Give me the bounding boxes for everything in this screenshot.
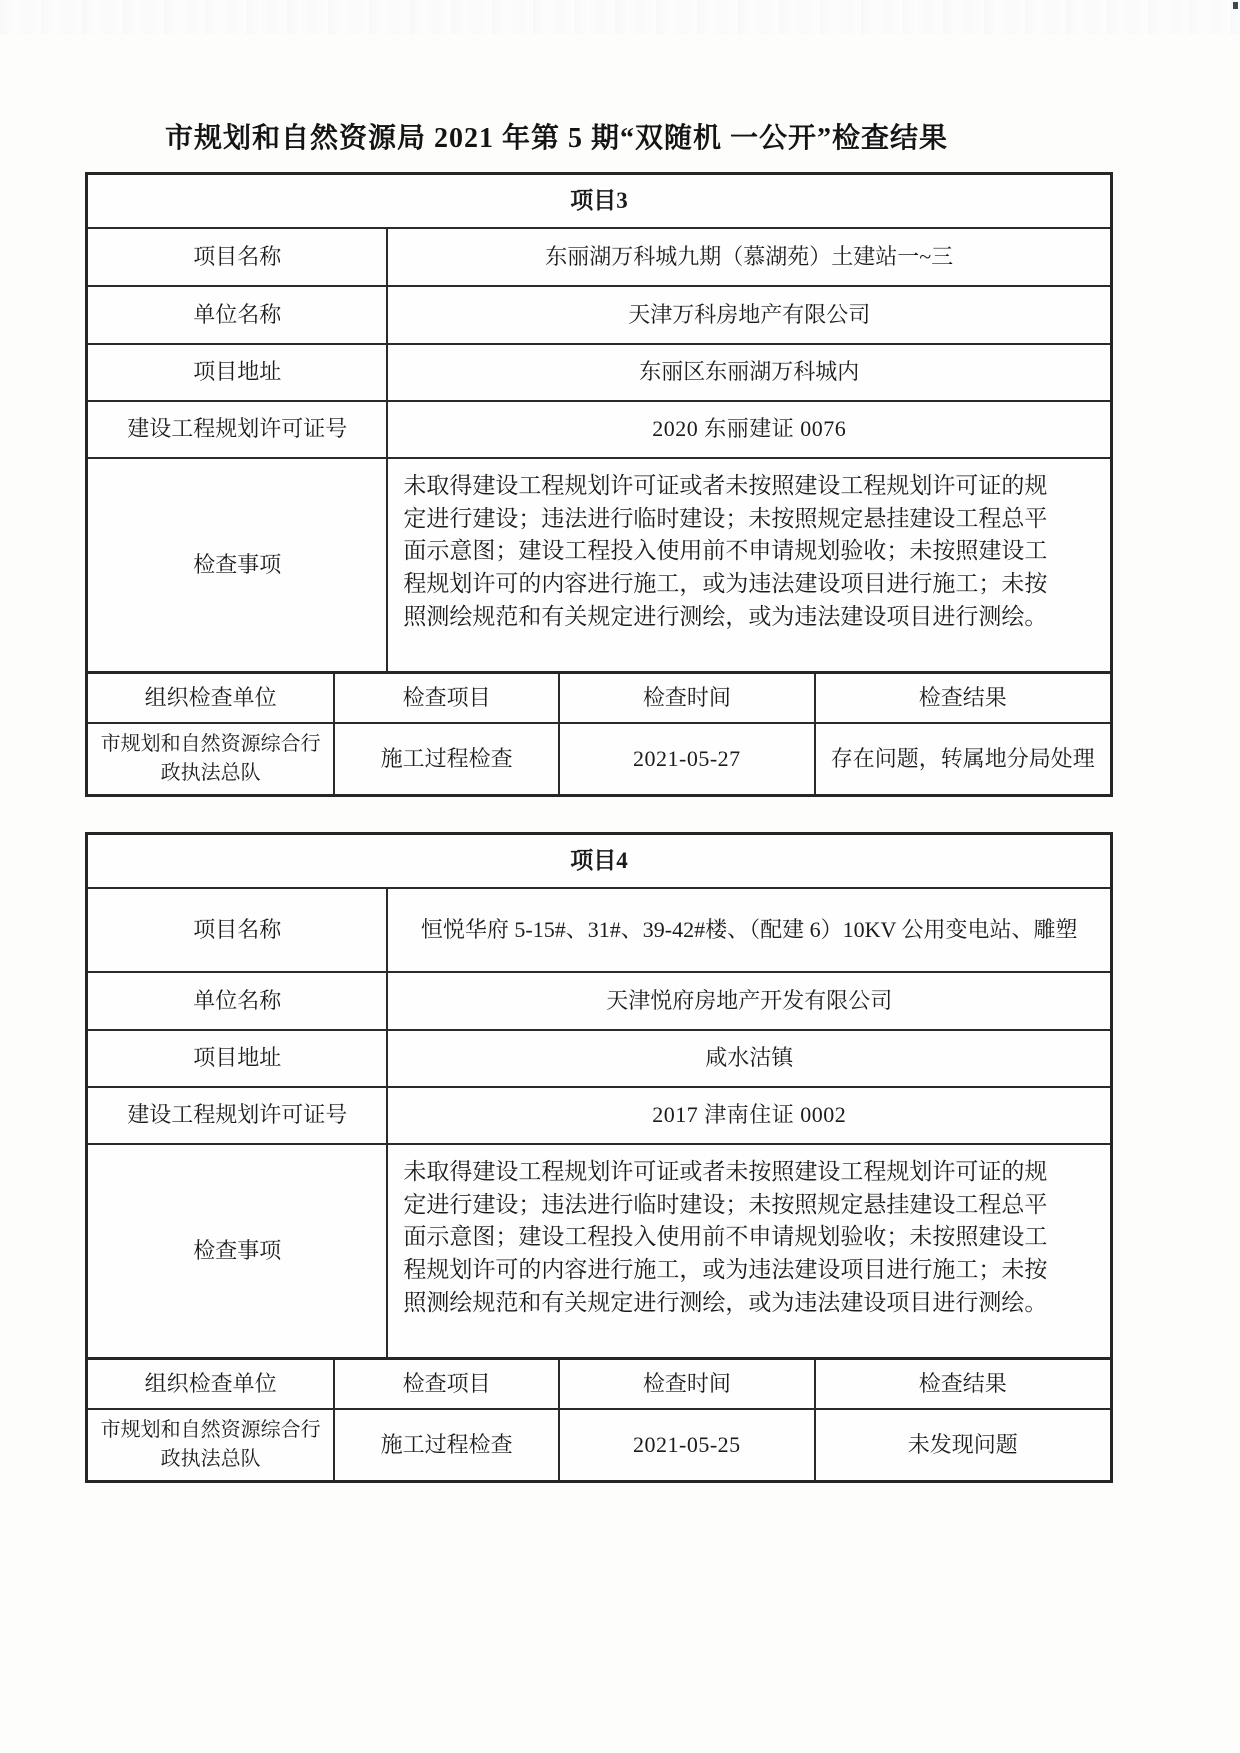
- unit-name-value: 天津万科房地产有限公司: [386, 287, 1110, 343]
- permit-no-row: 建设工程规划许可证号 2020 东丽建证 0076: [88, 400, 1110, 457]
- permit-no-label: 建设工程规划许可证号: [88, 1088, 386, 1143]
- inspection-time-header: 检查时间: [558, 674, 814, 722]
- org-unit-value: 市规划和自然资源综合行政执法总队: [88, 724, 333, 794]
- inspection-result-value: 存在问题，转属地分局处理: [814, 724, 1110, 794]
- inspection-project-value: 施工过程检查: [333, 1410, 558, 1480]
- project-name-label: 项目名称: [88, 229, 386, 285]
- inspection-time-value: 2021-05-27: [558, 724, 814, 794]
- project-address-value: 咸水沽镇: [386, 1031, 1110, 1086]
- table-header-row: 项目4: [88, 835, 1110, 887]
- project-4-header: 项目4: [88, 835, 1110, 887]
- permit-no-value: 2020 东丽建证 0076: [386, 402, 1110, 457]
- permit-no-label: 建设工程规划许可证号: [88, 402, 386, 457]
- project-address-row: 项目地址 咸水沽镇: [88, 1029, 1110, 1086]
- permit-no-row: 建设工程规划许可证号 2017 津南住证 0002: [88, 1086, 1110, 1143]
- project-name-row: 项目名称 恒悦华府 5-15#、31#、39-42#楼、（配建 6）10KV 公…: [88, 887, 1110, 971]
- scan-artifact-dot: [1233, 2, 1238, 9]
- project-3-table: 项目3 项目名称 东丽湖万科城九期（慕湖苑）土建站一~三 单位名称 天津万科房地…: [85, 172, 1113, 797]
- project-address-row: 项目地址 东丽区东丽湖万科城内: [88, 343, 1110, 400]
- inspection-time-header: 检查时间: [558, 1360, 814, 1408]
- unit-name-row: 单位名称 天津万科房地产有限公司: [88, 285, 1110, 343]
- inspection-result-value: 未发现问题: [814, 1410, 1110, 1480]
- permit-no-value: 2017 津南住证 0002: [386, 1088, 1110, 1143]
- inspection-time-value: 2021-05-25: [558, 1410, 814, 1480]
- project-address-label: 项目地址: [88, 345, 386, 400]
- project-4-table: 项目4 项目名称 恒悦华府 5-15#、31#、39-42#楼、（配建 6）10…: [85, 832, 1113, 1483]
- inspection-items-row: 检查事项 未取得建设工程规划许可证或者未按照建设工程规划许可证的规定进行建设；违…: [88, 1143, 1110, 1357]
- project-3-header: 项目3: [88, 175, 1110, 227]
- document-page: 市规划和自然资源局 2021 年第 5 期“双随机 一公开”检查结果 项目3 项…: [0, 0, 1240, 1753]
- inspection-items-label: 检查事项: [88, 459, 386, 671]
- project-name-value: 恒悦华府 5-15#、31#、39-42#楼、（配建 6）10KV 公用变电站、…: [386, 889, 1110, 971]
- result-header-row: 组织检查单位 检查项目 检查时间 检查结果: [88, 671, 1110, 722]
- org-unit-header: 组织检查单位: [88, 674, 333, 722]
- unit-name-label: 单位名称: [88, 973, 386, 1029]
- project-name-row: 项目名称 东丽湖万科城九期（慕湖苑）土建站一~三: [88, 227, 1110, 285]
- result-data-row: 市规划和自然资源综合行政执法总队 施工过程检查 2021-05-25 未发现问题: [88, 1408, 1110, 1480]
- inspection-project-header: 检查项目: [333, 1360, 558, 1408]
- org-unit-header: 组织检查单位: [88, 1360, 333, 1408]
- project-address-value: 东丽区东丽湖万科城内: [386, 345, 1110, 400]
- project-name-label: 项目名称: [88, 889, 386, 971]
- inspection-result-header: 检查结果: [814, 674, 1110, 722]
- result-header-row: 组织检查单位 检查项目 检查时间 检查结果: [88, 1357, 1110, 1408]
- unit-name-row: 单位名称 天津悦府房地产开发有限公司: [88, 971, 1110, 1029]
- inspection-project-value: 施工过程检查: [333, 724, 558, 794]
- project-name-value: 东丽湖万科城九期（慕湖苑）土建站一~三: [386, 229, 1110, 285]
- inspection-items-text: 未取得建设工程规划许可证或者未按照建设工程规划许可证的规定进行建设；违法进行临时…: [386, 459, 1110, 671]
- unit-name-value: 天津悦府房地产开发有限公司: [386, 973, 1110, 1029]
- unit-name-label: 单位名称: [88, 287, 386, 343]
- page-title: 市规划和自然资源局 2021 年第 5 期“双随机 一公开”检查结果: [0, 0, 1113, 156]
- project-address-label: 项目地址: [88, 1031, 386, 1086]
- inspection-items-text: 未取得建设工程规划许可证或者未按照建设工程规划许可证的规定进行建设；违法进行临时…: [386, 1145, 1110, 1357]
- inspection-project-header: 检查项目: [333, 674, 558, 722]
- org-unit-value: 市规划和自然资源综合行政执法总队: [88, 1410, 333, 1480]
- table-header-row: 项目3: [88, 175, 1110, 227]
- inspection-items-row: 检查事项 未取得建设工程规划许可证或者未按照建设工程规划许可证的规定进行建设；违…: [88, 457, 1110, 671]
- result-data-row: 市规划和自然资源综合行政执法总队 施工过程检查 2021-05-27 存在问题，…: [88, 722, 1110, 794]
- inspection-result-header: 检查结果: [814, 1360, 1110, 1408]
- inspection-items-label: 检查事项: [88, 1145, 386, 1357]
